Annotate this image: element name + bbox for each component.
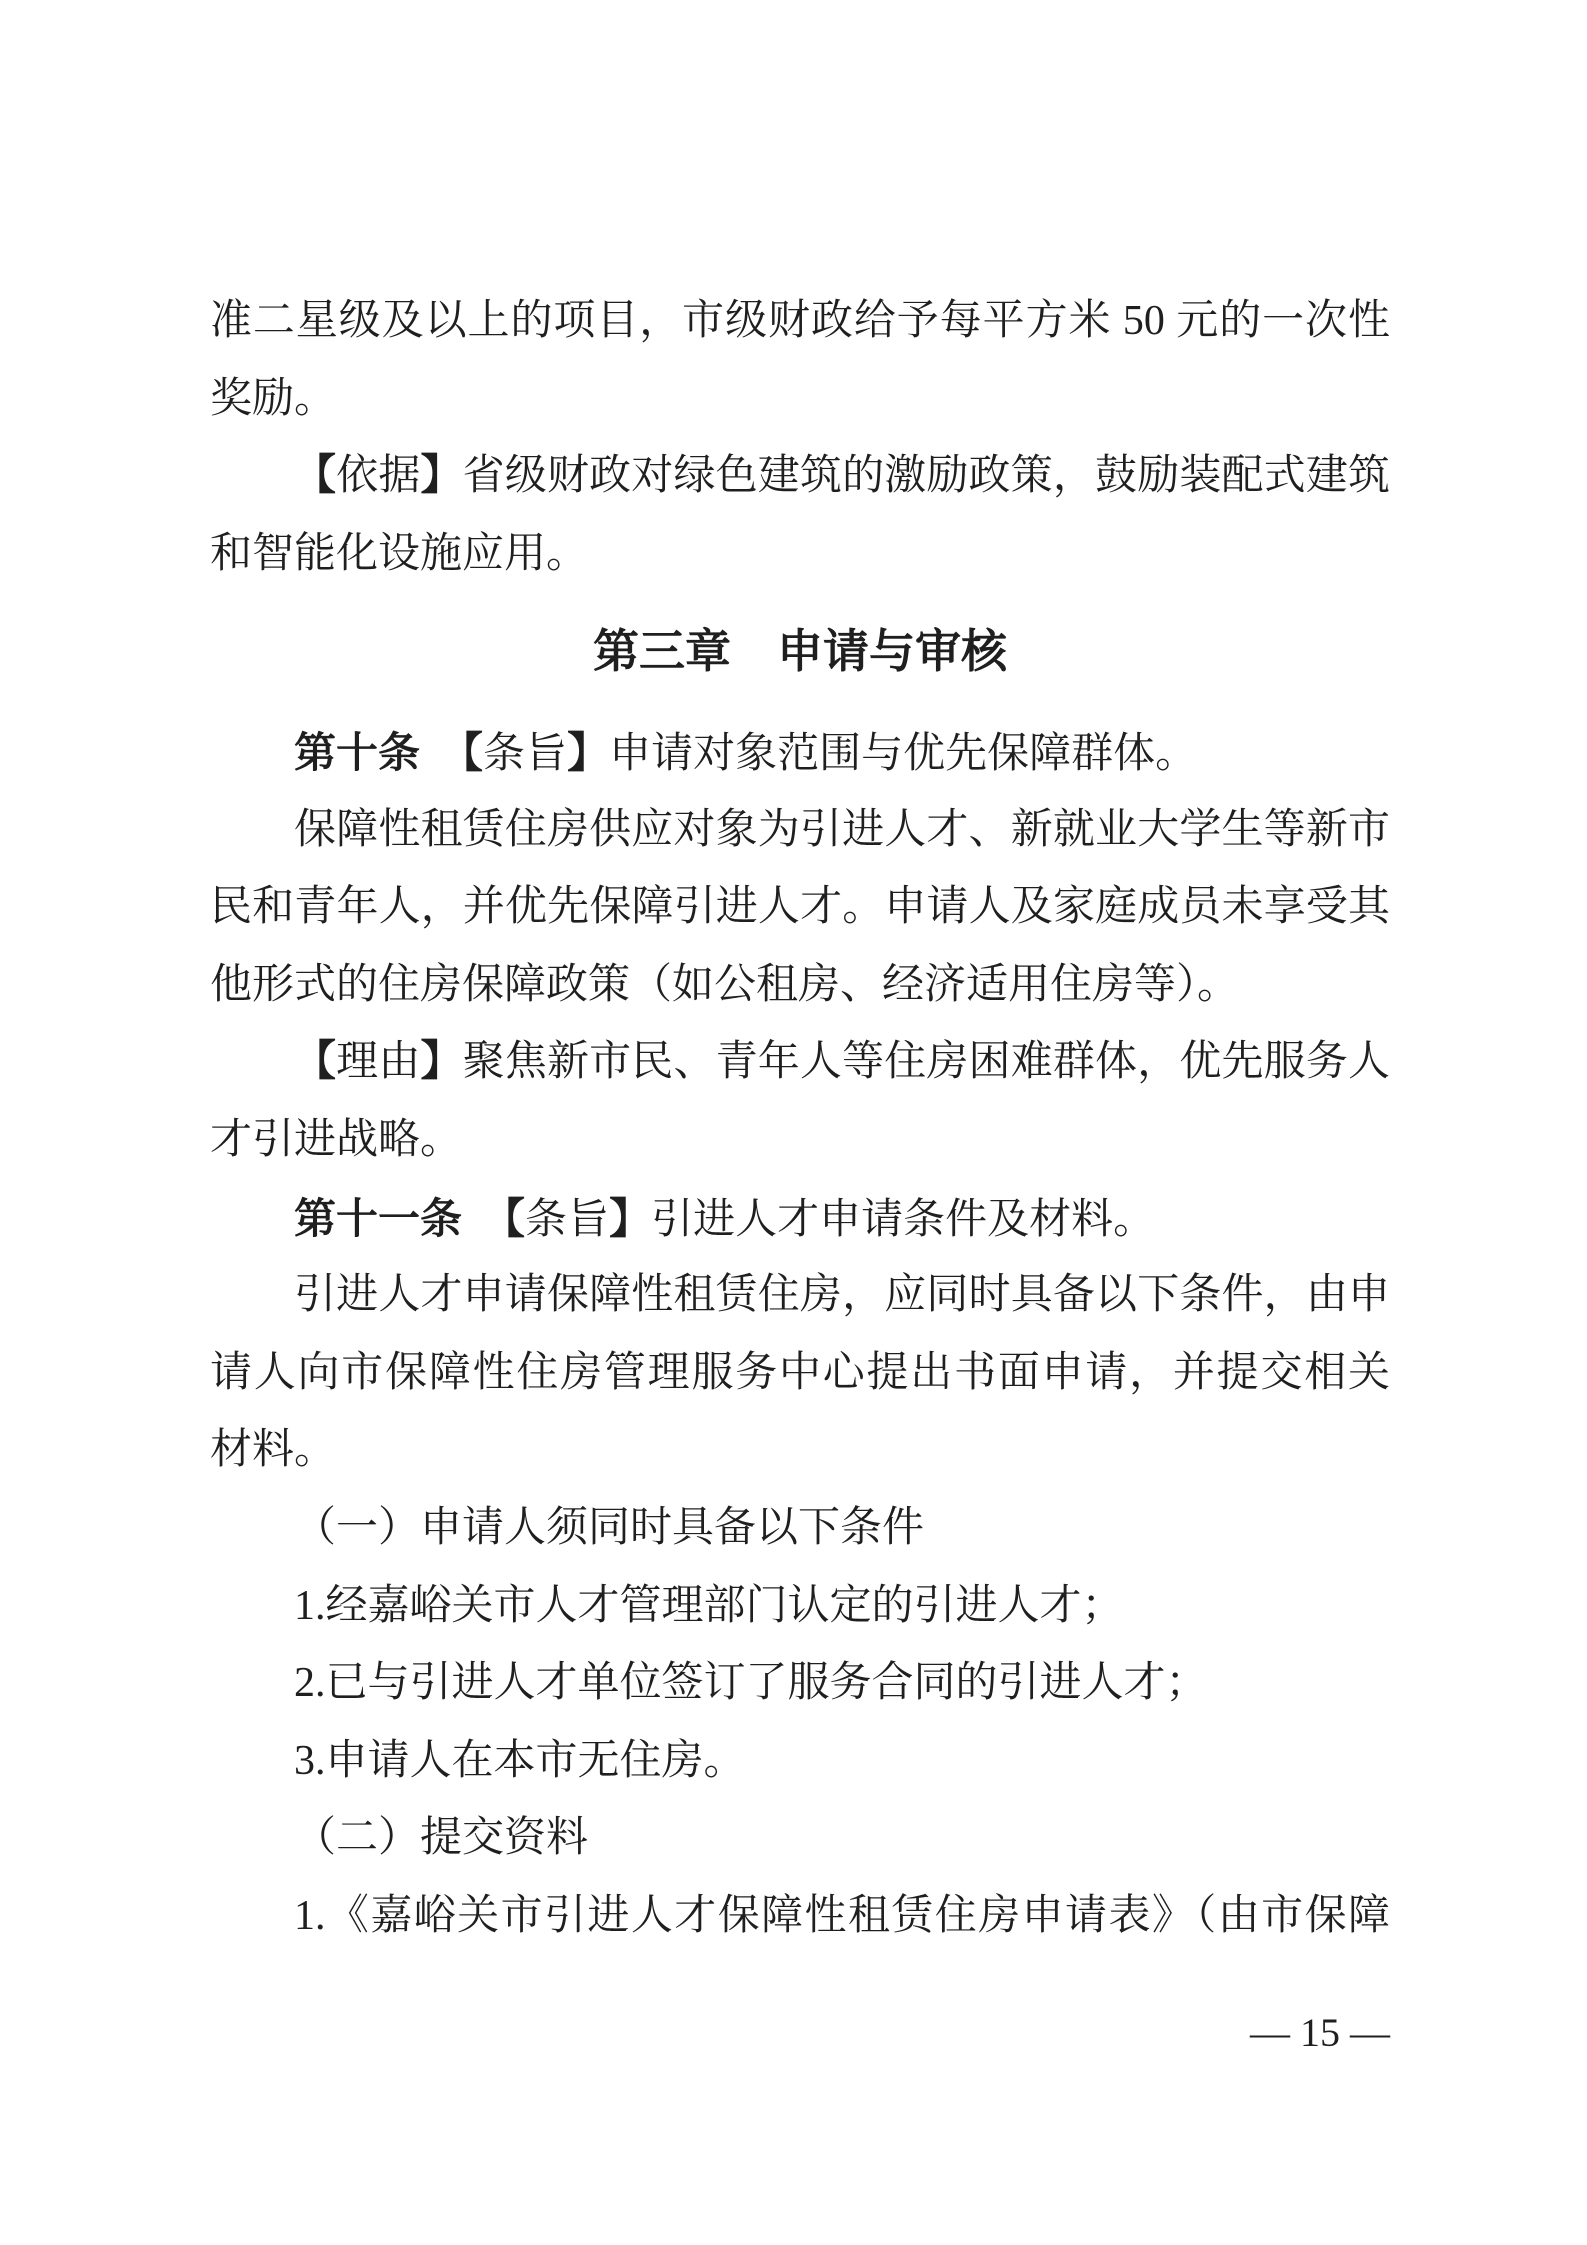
text-line: 第十一条 【条旨】引进人才申请条件及材料。 (210, 1180, 1390, 1258)
text-segment: 3.申请人在本市无住房。 (294, 1738, 746, 1784)
text-segment: 1.经嘉峪关市人才管理部门认定的引进人才； (294, 1583, 1124, 1629)
text-segment: 理由 (336, 1039, 420, 1085)
text-segment: 依据 (336, 453, 420, 499)
chapter-heading: 第三章 申请与审核 (210, 613, 1390, 691)
document-body: 准二星级及以上的项目，市级财政给予每平方米 50 元的一次性奖励。【依据】省级财… (210, 283, 1390, 1955)
article-number: 第十条 (294, 729, 420, 776)
text-line: 【依据】省级财政对绿色建筑的激励政策，鼓励装配式建筑 (210, 438, 1390, 516)
text-line: 1.《嘉峪关市引进人才保障性租赁住房申请表》（由市保障 (210, 1878, 1390, 1956)
bracket-mark: 【 (504, 1197, 525, 1243)
bracket-mark: 】 (421, 1039, 463, 1085)
text-line: 才引进战略。 (210, 1102, 1390, 1180)
text-segment: 准二星级及以上的项目，市级财政给予每平方米 50 元的一次性 (210, 298, 1390, 344)
text-line: 3.申请人在本市无住房。 (210, 1723, 1390, 1801)
text-line: 请人向市保障性住房管理服务中心提出书面申请，并提交相关 (210, 1335, 1390, 1413)
text-segment (420, 731, 462, 777)
text-segment: 省级财政对绿色建筑的激励政策，鼓励装配式建筑 (463, 453, 1390, 499)
text-line: 引进人才申请保障性租赁住房，应同时具备以下条件，由申 (210, 1257, 1390, 1335)
text-segment: 才引进战略。 (210, 1117, 462, 1163)
text-segment: 请人向市保障性住房管理服务中心提出书面申请，并提交相关 (210, 1350, 1390, 1396)
text-segment: 保障性租赁住房供应对象为引进人才、新就业大学生等新市 (294, 807, 1390, 853)
article-number: 第十一条 (294, 1195, 462, 1242)
text-segment: 条旨 (525, 1197, 609, 1243)
text-line: 1.经嘉峪关市人才管理部门认定的引进人才； (210, 1568, 1390, 1646)
text-segment: 2.已与引进人才单位签订了服务合同的引进人才； (294, 1660, 1208, 1706)
text-segment: 条旨 (483, 731, 567, 777)
chapter-heading-text: 第三章 申请与审核 (593, 625, 1007, 677)
bracket-mark: 【 (462, 731, 483, 777)
text-line: 和智能化设施应用。 (210, 516, 1390, 594)
text-segment: 民和青年人，并优先保障引进人才。申请人及家庭成员未享受其 (210, 884, 1390, 930)
text-segment: （二）提交资料 (294, 1815, 588, 1861)
text-line: 准二星级及以上的项目，市级财政给予每平方米 50 元的一次性 (210, 283, 1390, 361)
text-line: 保障性租赁住房供应对象为引进人才、新就业大学生等新市 (210, 792, 1390, 870)
text-segment: 聚焦新市民、青年人等住房困难群体，优先服务人 (463, 1039, 1390, 1085)
bracket-mark: 】 (421, 453, 463, 499)
text-segment: 材料。 (210, 1427, 336, 1473)
text-segment: 申请对象范围与优先保障群体。 (609, 731, 1197, 777)
text-line: （二）提交资料 (210, 1800, 1390, 1878)
text-line: 材料。 (210, 1412, 1390, 1490)
text-line: 【理由】聚焦新市民、青年人等住房困难群体，优先服务人 (210, 1024, 1390, 1102)
text-line: 他形式的住房保障政策（如公租房、经济适用住房等）。 (210, 947, 1390, 1025)
text-segment: 奖励。 (210, 376, 336, 422)
text-line: 2.已与引进人才单位签订了服务合同的引进人才； (210, 1645, 1390, 1723)
text-line: 民和青年人，并优先保障引进人才。申请人及家庭成员未享受其 (210, 869, 1390, 947)
page-number: — 15 — (1250, 2009, 1390, 2057)
bracket-mark: 【 (294, 1039, 336, 1085)
text-line: 第十条 【条旨】申请对象范围与优先保障群体。 (210, 714, 1390, 792)
bracket-mark: 】 (609, 1197, 651, 1243)
text-segment (462, 1197, 504, 1243)
text-segment: 和智能化设施应用。 (210, 531, 588, 577)
text-segment: 引进人才申请条件及材料。 (651, 1197, 1155, 1243)
text-segment: 1.《嘉峪关市引进人才保障性租赁住房申请表》（由市保障 (294, 1893, 1390, 1939)
text-segment: （一）申请人须同时具备以下条件 (294, 1505, 924, 1551)
text-line: （一）申请人须同时具备以下条件 (210, 1490, 1390, 1568)
bracket-mark: 【 (294, 453, 336, 499)
bracket-mark: 】 (567, 731, 609, 777)
document-page: 准二星级及以上的项目，市级财政给予每平方米 50 元的一次性奖励。【依据】省级财… (0, 0, 1587, 2245)
text-segment: 引进人才申请保障性租赁住房，应同时具备以下条件，由申 (294, 1272, 1390, 1318)
text-segment: 他形式的住房保障政策（如公租房、经济适用住房等）。 (210, 962, 1239, 1008)
text-line: 奖励。 (210, 361, 1390, 439)
